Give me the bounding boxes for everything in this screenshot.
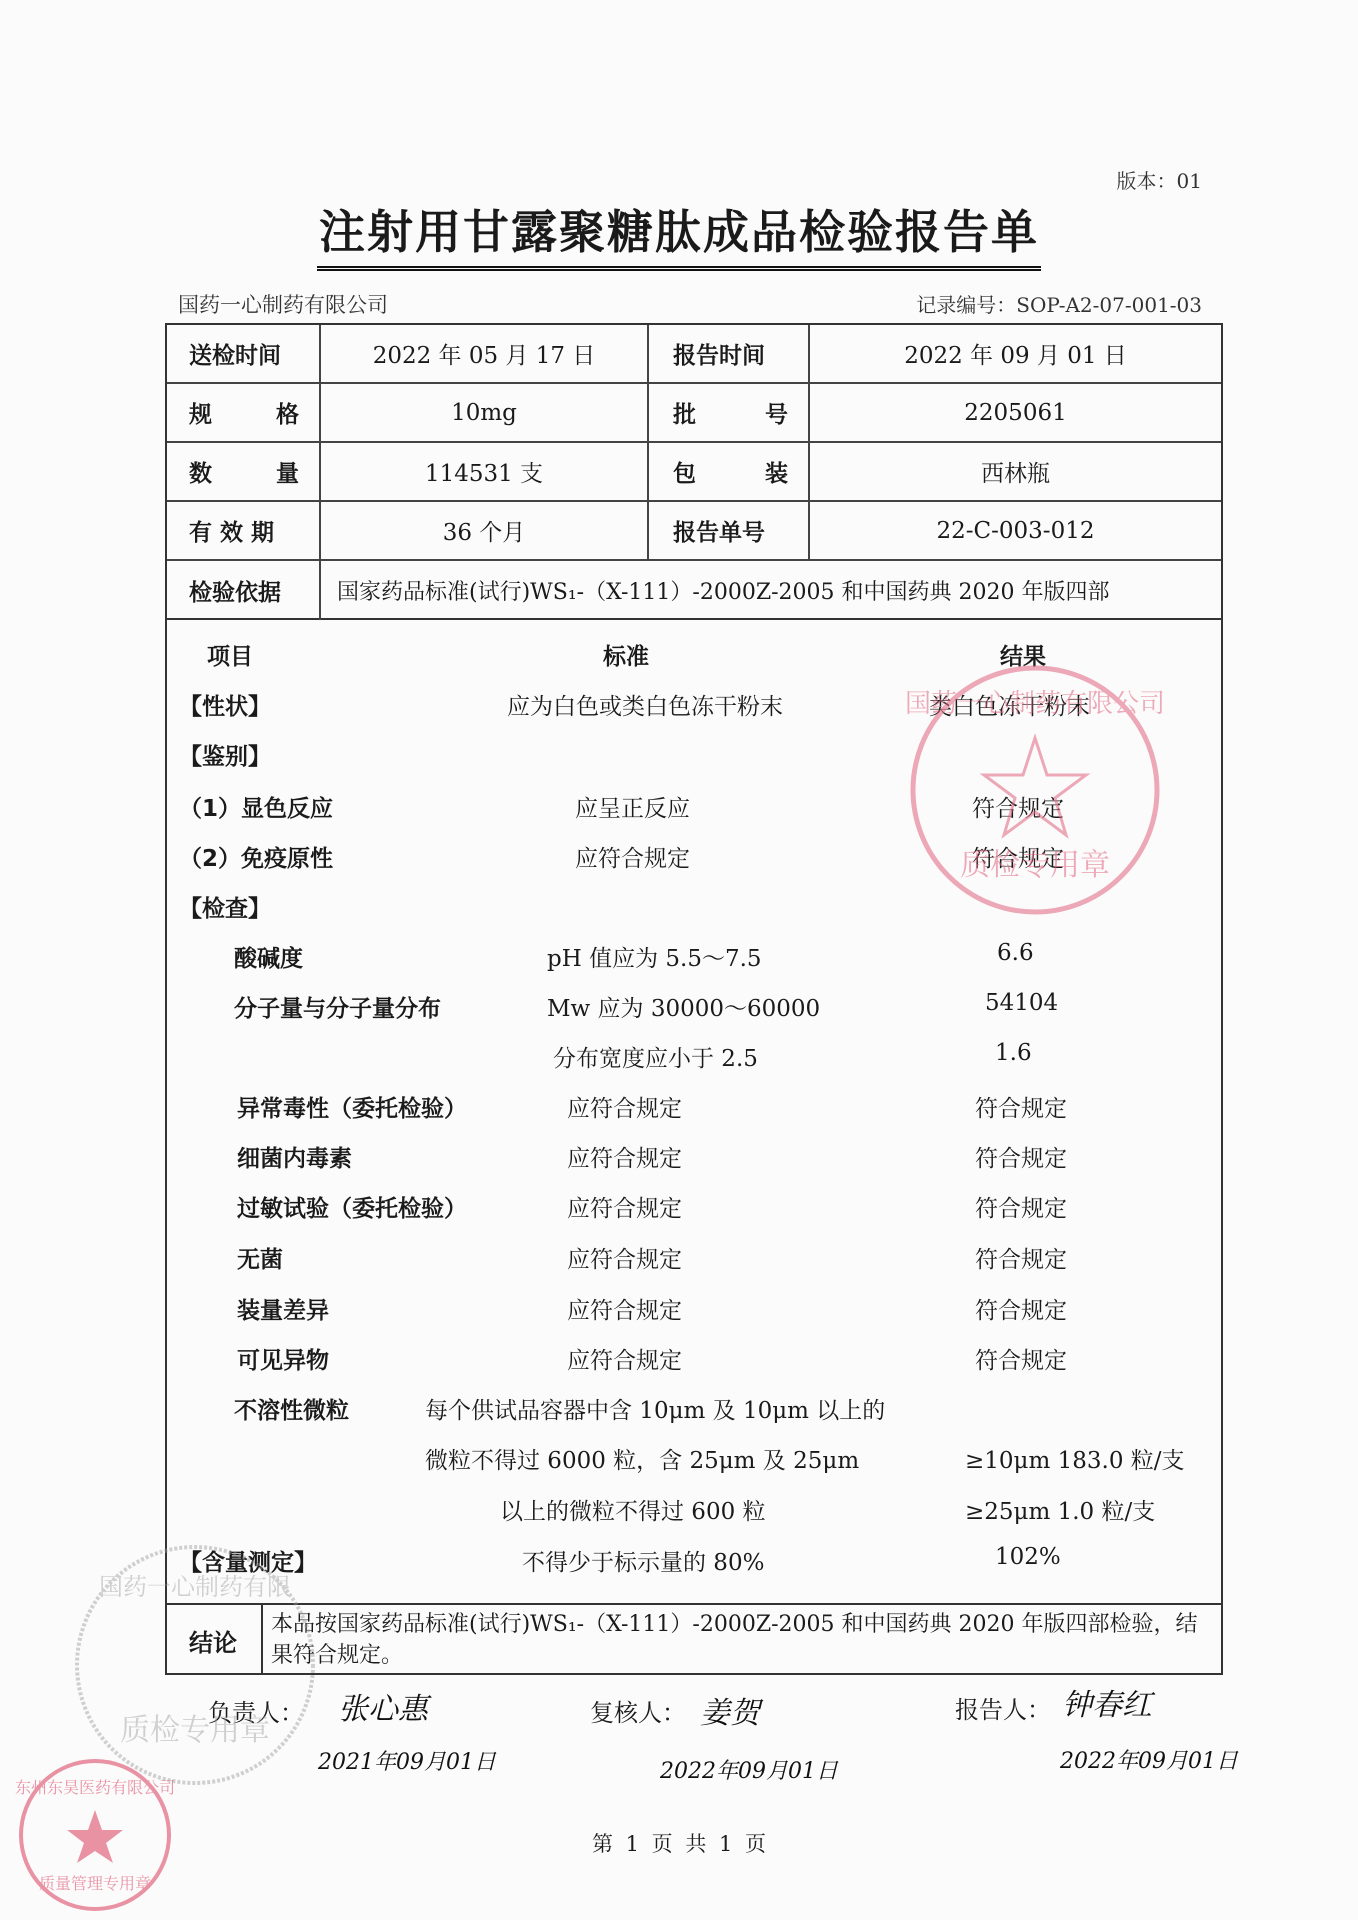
document-title: 注射用甘露聚糖肽成品检验报告单 [0,196,1358,271]
test-item-name: 异常毒性（委托检验） [237,1090,467,1123]
particles-standard-line: 每个供试品容器中含 10μm 及 10μm 以上的 [425,1392,885,1425]
quantity-label-a: 数 [189,455,212,488]
test-item-name: 不溶性微粒 [234,1392,349,1425]
test-item-standard: 应符合规定 [567,1140,682,1173]
col-result-header: 结果 [1000,638,1046,671]
document-title-text: 注射用甘露聚糖肽成品检验报告单 [317,196,1041,271]
submit-date-value: 2022 年 05 月 17 日 [321,325,649,382]
test-item-name: 分子量与分子量分布 [234,990,441,1023]
expiry-label: 有 效 期 [167,502,321,559]
batch-label: 批号 [649,384,810,441]
section-assay: 【含量测定】 [179,1544,317,1577]
package-label-a: 包 [673,455,696,488]
col-item-header: 项目 [207,638,253,671]
test-item-name: 可见异物 [237,1342,329,1375]
reviewer-date: 2022年09月01日 [660,1754,838,1785]
responsible-date: 2021年09月01日 [318,1745,496,1776]
test-results-table: 项目 标准 结果 【性状】 应为白色或类白色冻干粉末 类白色冻干粉末 【鉴别】 … [165,618,1223,1675]
conclusion-label: 结论 [165,1605,263,1675]
test-item-standard: pH 值应为 5.5～7.5 [547,940,762,973]
test-item-name: 装量差异 [237,1292,329,1325]
info-row-basis: 检验依据 国家药品标准(试行)WS₁-（X-111）-2000Z-2005 和中… [167,561,1221,620]
test-item-result: 符合规定 [975,1190,1067,1223]
test-item-result: 1.6 [995,1040,1032,1066]
test-item-standard: 应符合规定 [567,1190,682,1223]
test-item-name: 无菌 [237,1241,283,1274]
reporter-signature: 钟春红 [1062,1680,1152,1724]
reporter-label: 报告人： [955,1690,1051,1725]
package-value: 西林瓶 [810,443,1221,500]
test-item-name: 过敏试验（委托检验） [237,1190,467,1223]
test-item-result: 符合规定 [975,1090,1067,1123]
test-item-result: 54104 [985,990,1058,1016]
quantity-value: 114531 支 [321,443,649,500]
reviewer-signature: 姜贺 [700,1688,760,1732]
assay-standard: 不得少于标示量的 80% [522,1544,764,1577]
conclusion-row: 结论 本品按国家药品标准(试行)WS₁-（X-111）-2000Z-2005 和… [165,1603,1223,1675]
quantity-label-b: 量 [276,455,299,488]
spec-value: 10mg [321,384,649,441]
svg-text:东州东昊医药有限公司: 东州东昊医药有限公司 [15,1778,175,1797]
page-number: 第 1 页 共 1 页 [0,1828,1358,1858]
report-no-label: 报告单号 [649,502,810,559]
test-item-result: 符合规定 [975,1292,1067,1325]
info-table: 送检时间 2022 年 05 月 17 日 报告时间 2022 年 09 月 0… [165,323,1223,620]
test-item-result: 符合规定 [972,840,1064,873]
conclusion-text: 本品按国家药品标准(试行)WS₁-（X-111）-2000Z-2005 和中国药… [271,1609,1215,1671]
company-name: 国药一心制药有限公司 [178,289,388,319]
basis-value: 国家药品标准(试行)WS₁-（X-111）-2000Z-2005 和中国药典 2… [321,561,1221,620]
test-item-standard: 应符合规定 [567,1292,682,1325]
test-item-standard: 应符合规定 [575,840,690,873]
report-no-value: 22-C-003-012 [810,502,1221,559]
appearance-standard: 应为白色或类白色冻干粉末 [507,688,783,721]
test-item-standard: 应符合规定 [567,1342,682,1375]
test-item-standard: 应符合规定 [567,1241,682,1274]
particles-standard-line: 微粒不得过 6000 粒，含 25μm 及 25μm [425,1442,859,1475]
section-appearance: 【性状】 [179,688,271,721]
info-row-quantity: 数量 114531 支 包装 西林瓶 [167,443,1221,502]
spec-label: 规格 [167,384,321,441]
particles-result-line: ≥25μm 1.0 粒/支 [965,1493,1155,1526]
test-item-name: （2）免疫原性 [179,840,333,873]
spec-label-b: 格 [276,396,299,429]
batch-label-b: 号 [765,396,788,429]
appearance-result: 类白色冻干粉末 [929,688,1090,721]
responsible-signature: 张心惠 [338,1684,428,1728]
test-item-result: 符合规定 [975,1241,1067,1274]
particles-standard-line: 以上的微粒不得过 600 粒 [500,1493,766,1526]
test-item-name: 酸碱度 [234,940,303,973]
test-item-name: （1）显色反应 [179,790,333,823]
reviewer-label: 复核人： [590,1693,686,1728]
package-label-b: 装 [765,455,788,488]
basis-label: 检验依据 [167,561,321,620]
batch-value: 2205061 [810,384,1221,441]
report-date-label: 报告时间 [649,325,810,382]
test-item-standard: Mw 应为 30000～60000 [547,990,820,1023]
section-identification: 【鉴别】 [179,738,271,771]
test-item-standard: 应呈正反应 [575,790,690,823]
version-label: 版本：01 [1117,165,1202,194]
test-item-result: 符合规定 [972,790,1064,823]
section-inspection: 【检查】 [179,890,271,923]
package-label: 包装 [649,443,810,500]
info-row-spec: 规格 10mg 批号 2205061 [167,384,1221,443]
spec-label-a: 规 [189,396,212,429]
test-item-result: 符合规定 [975,1342,1067,1375]
record-number: 记录编号：SOP-A2-07-001-03 [916,289,1202,318]
test-item-result: 符合规定 [975,1140,1067,1173]
col-standard-header: 标准 [603,638,649,671]
test-item-name: 细菌内毒素 [237,1140,352,1173]
quantity-label: 数量 [167,443,321,500]
info-row-expiry: 有 效 期 36 个月 报告单号 22-C-003-012 [167,502,1221,561]
test-item-standard: 分布宽度应小于 2.5 [553,1040,758,1073]
assay-result: 102% [995,1544,1061,1570]
expiry-value: 36 个月 [321,502,649,559]
reporter-date: 2022年09月01日 [1060,1744,1238,1775]
batch-label-a: 批 [673,396,696,429]
report-date-value: 2022 年 09 月 01 日 [810,325,1221,382]
svg-text:质量管理专用章: 质量管理专用章 [39,1874,151,1893]
info-row-dates: 送检时间 2022 年 05 月 17 日 报告时间 2022 年 09 月 0… [167,325,1221,384]
test-item-result: 6.6 [997,940,1034,966]
submit-date-label: 送检时间 [167,325,321,382]
responsible-label: 负责人： [208,1693,304,1728]
particles-result-line: ≥10μm 183.0 粒/支 [965,1442,1185,1475]
test-item-standard: 应符合规定 [567,1090,682,1123]
